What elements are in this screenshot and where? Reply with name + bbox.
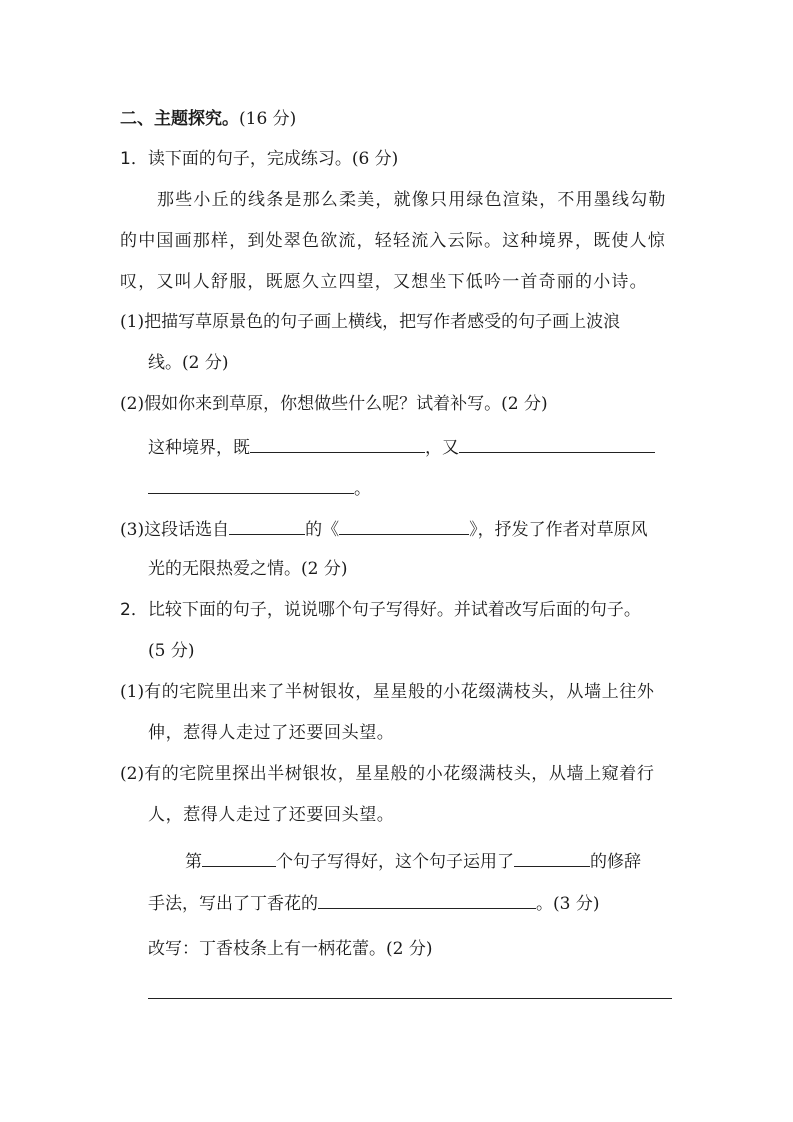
sub-text: 有的宅院里探出半树银妆，星星般的小花缀满枝头，从墙上窥着行 [144,764,654,784]
sub-text: 假如你来到草原，你想做些什么呢？试着补写。(2 分) [144,394,547,414]
fill-text: ，又 [425,438,459,458]
question-2-score: (5 分) [148,639,194,663]
question-number: 2． [120,600,148,620]
answer-line-1: 第个句子写得好，这个句子运用了的修辞 [185,848,641,874]
rewrite-answer-line[interactable] [148,998,672,999]
which-sentence-blank[interactable] [202,848,276,867]
answer-text: 手法，写出了丁香花的 [148,894,318,914]
sub-question-1-cont: 线。(2 分) [148,351,228,375]
sub-question-3-cont: 光的无限热爱之情。(2 分) [148,557,347,581]
answer-blank[interactable] [250,434,425,453]
sentence-2: (2)有的宅院里探出半树银妆，星星般的小花缀满枝头，从墙上窥着行 [120,762,655,786]
question-text: 读下面的句子，完成练习。(6 分) [148,149,398,169]
answer-text: 第 [185,852,202,872]
answer-line-2: 手法，写出了丁香花的。(3 分) [148,890,599,916]
fill-text: 。 [354,479,371,499]
passage-line: 叹，又叫人舒服，既愿久立四望，又想坐下低吟一首奇丽的小诗。 [120,270,648,294]
question-1-prompt: 1．读下面的句子，完成练习。(6 分) [120,147,398,171]
sub-text: 的《 [305,520,339,540]
question-2-prompt: 2．比较下面的句子，说说哪个句子写得好。并试着改写后面的句子。 [120,598,641,622]
section-score: (16 分) [239,109,296,129]
passage-line: 那些小丘的线条是那么柔美，就像只用绿色渲染，不用墨线勾勒 [157,188,667,212]
sub-label: (1) [120,682,144,702]
sentence-1-cont: 伸，惹得人走过了还要回头望。 [148,721,394,745]
fill-line-b: 。 [148,475,371,501]
sub-text: 有的宅院里出来了半树银妆，星星般的小花缀满枝头，从墙上往外 [144,682,654,702]
sub-question-2: (2)假如你来到草原，你想做些什么呢？试着补写。(2 分) [120,392,548,416]
sub-text: 把描写草原景色的句子画上横线，把写作者感受的句子画上波浪 [144,312,620,332]
sub-text: 》，抒发了作者对草原风 [469,520,648,540]
section-heading: 二、主题探究。(16 分) [120,107,296,131]
fill-line-a: 这种境界，既，又 [148,434,655,460]
sub-label: (3) [120,520,144,540]
answer-text: 的修辞 [590,852,641,872]
section-title: 二、主题探究。 [120,109,239,129]
sentence-2-cont: 人，惹得人走过了还要回头望。 [148,803,394,827]
answer-blank[interactable] [459,434,655,453]
fill-text: 这种境界，既 [148,438,250,458]
answer-text: 。(3 分) [536,894,599,914]
sentence-1: (1)有的宅院里出来了半树银妆，星星般的小花缀满枝头，从墙上往外 [120,680,655,704]
author-blank[interactable] [229,516,305,535]
sub-label: (1) [120,312,144,332]
title-blank[interactable] [339,516,469,535]
sub-label: (2) [120,394,144,414]
question-number: 1． [120,149,148,169]
sub-label: (2) [120,764,144,784]
sub-text: 这段话选自 [144,520,229,540]
sub-question-1: (1)把描写草原景色的句子画上横线，把写作者感受的句子画上波浪 [120,310,620,334]
answer-text: 个句子写得好，这个句子运用了 [276,852,514,872]
rewrite-prompt: 改写：丁香枝条上有一柄花蕾。(2 分) [148,937,432,961]
passage-line: 的中国画那样，到处翠色欲流，轻轻流入云际。这种境界，既使人惊 [120,229,666,253]
rhetoric-blank[interactable] [514,848,590,867]
sub-question-3: (3)这段话选自的《》，抒发了作者对草原风 [120,516,648,542]
effect-blank[interactable] [318,890,536,909]
answer-blank[interactable] [148,475,354,494]
question-text: 比较下面的句子，说说哪个句子写得好。并试着改写后面的句子。 [148,600,641,620]
